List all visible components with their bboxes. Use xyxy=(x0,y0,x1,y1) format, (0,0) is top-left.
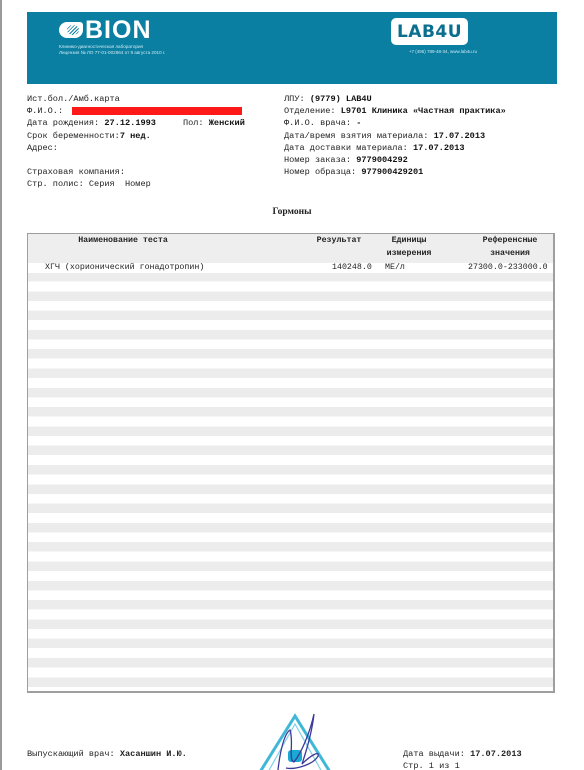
cell-reference: 27300.0-233000.0 xyxy=(468,263,548,273)
cell-test-name: ХГЧ (хорионический гонадотропин) xyxy=(45,263,204,273)
lpu-value: (9779) LAB4U xyxy=(310,94,372,104)
lab4u-brand: LAB4U xyxy=(391,18,468,45)
bion-license: Лицензия № ЛО 77-01-002864 от 9 августа … xyxy=(59,50,165,56)
issue-date-value: 17.07.2013 xyxy=(470,749,522,759)
sample-number-label: Номер образца: xyxy=(284,167,356,177)
insurance-label: Страховая компания: xyxy=(27,166,245,178)
order-number-row: Номер заказа: 9779004292 xyxy=(284,154,506,166)
delivery-label: Дата доставки материала: xyxy=(284,143,408,153)
address-label: Адрес: xyxy=(27,142,245,154)
name-label: Ф.И.О.: xyxy=(27,106,63,116)
redacted-name xyxy=(72,107,242,115)
taken-row: Дата/время взятия материала: 17.07.2013 xyxy=(284,130,506,142)
pregnancy-row: Срок беременности:7 нед. xyxy=(27,130,245,142)
lpu-row: ЛПУ: (9779) LAB4U xyxy=(284,93,506,105)
page-info: Стр. 1 из 1 xyxy=(403,760,522,770)
dept-value: L9701 Клиника «Частная практика» xyxy=(341,106,506,116)
issue-date-label: Дата выдачи: xyxy=(403,749,465,759)
birth-label: Дата рождения: xyxy=(27,118,99,128)
results-table: Наименование теста Результат Единицы изм… xyxy=(27,233,555,693)
cell-result: 140248.0 xyxy=(332,263,372,273)
table-header: Наименование теста Результат Единицы изм… xyxy=(28,234,553,264)
policy-label: Стр. полис: Серия Номер xyxy=(27,178,245,190)
bion-emblem-icon xyxy=(59,22,83,38)
table-row: ХГЧ (хорионический гонадотропин) 140248.… xyxy=(28,263,553,273)
stamp-signature-icon xyxy=(250,712,340,770)
issuing-doctor: Выпускающий врач: Хасаншин И.Ю. xyxy=(27,748,187,760)
doctor-row: Ф.И.О. врача: - xyxy=(284,117,506,129)
bion-brand-text: BION xyxy=(85,19,152,41)
sample-number-row: Номер образца: 977900429201 xyxy=(284,166,506,178)
column-header-test: Наименование теста xyxy=(28,235,218,248)
patient-name-row: Ф.И.О.: xyxy=(27,105,245,117)
sex-value: Женский xyxy=(209,118,245,128)
issuing-doctor-label: Выпускающий врач: xyxy=(27,749,115,759)
patient-info: Ист.бол./Амб.карта Ф.И.О.: Дата рождения… xyxy=(27,93,245,191)
sex-label: Пол: xyxy=(183,118,204,128)
order-number-label: Номер заказа: xyxy=(284,155,351,165)
delivery-value: 17.07.2013 xyxy=(413,143,465,153)
pregnancy-value: 7 нед. xyxy=(120,131,151,141)
lpu-label: ЛПУ: xyxy=(284,94,305,104)
doctor-value: - xyxy=(356,118,361,128)
order-number-value: 9779004292 xyxy=(356,155,408,165)
issuing-doctor-value: Хасаншин И.Ю. xyxy=(120,749,187,759)
cell-units: МЕ/л xyxy=(385,263,405,273)
birth-value: 27.12.1993 xyxy=(104,118,156,128)
issue-info: Дата выдачи: 17.07.2013 Стр. 1 из 1 xyxy=(403,748,522,770)
lab4u-logo: LAB4U +7 (495) 789-48-34, www.lab4u.ru xyxy=(391,18,477,54)
card-label: Ист.бол./Амб.карта xyxy=(27,93,245,105)
doctor-label: Ф.И.О. врача: xyxy=(284,118,351,128)
dept-row: Отделение: L9701 Клиника «Частная практи… xyxy=(284,105,506,117)
lab4u-contact: +7 (495) 789-48-34, www.lab4u.ru xyxy=(391,49,477,54)
section-title: Гормоны xyxy=(0,207,584,217)
sample-number-value: 977900429201 xyxy=(361,167,423,177)
order-info: ЛПУ: (9779) LAB4U Отделение: L9701 Клини… xyxy=(284,93,506,178)
birth-row: Дата рождения: 27.12.1993Пол: Женский xyxy=(27,117,245,129)
page-edge xyxy=(0,0,2,770)
taken-label: Дата/время взятия материала: xyxy=(284,131,428,141)
bion-logo: BION Клинико-диагностическая лаборатория… xyxy=(59,19,165,56)
taken-value: 17.07.2013 xyxy=(434,131,486,141)
delivery-row: Дата доставки материала: 17.07.2013 xyxy=(284,142,506,154)
dept-label: Отделение: xyxy=(284,106,336,116)
column-header-reference: Референсные значения xyxy=(460,235,560,260)
column-header-units: Единицы измерения xyxy=(373,235,445,260)
column-header-result: Результат xyxy=(306,235,372,248)
pregnancy-label: Срок беременности: xyxy=(27,131,120,141)
